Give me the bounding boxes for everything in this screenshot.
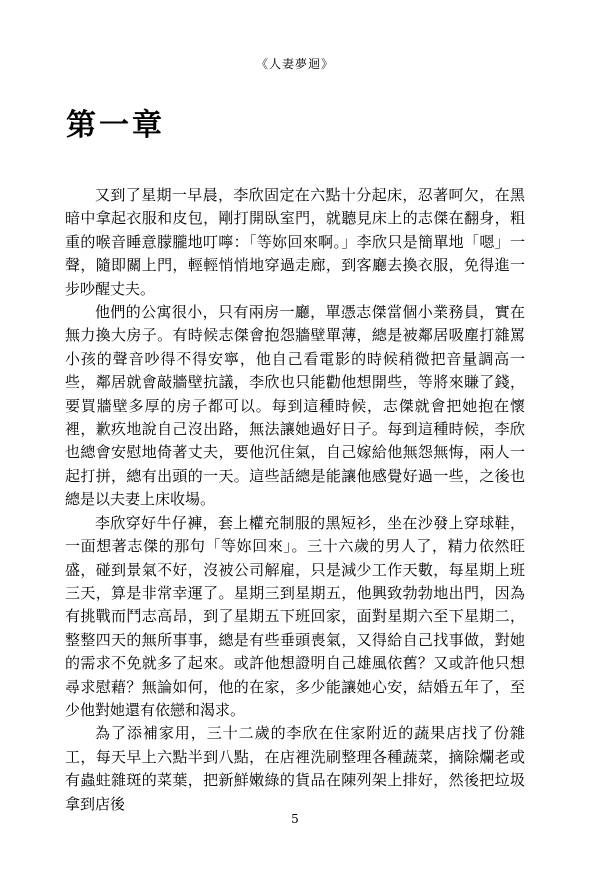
page-number: 5 bbox=[0, 812, 590, 826]
document-page: 《人妻夢迴》 第一章 又到了星期一早晨，李欣固定在六點十分起床，忍著呵欠，在黑暗… bbox=[0, 0, 590, 886]
book-title: 《人妻夢迴》 bbox=[0, 55, 590, 72]
chapter-title: 第一章 bbox=[66, 100, 165, 144]
paragraph: 李欣穿好牛仔褲，套上權充制服的黑短衫，坐在沙發上穿球鞋，一面想著志傑的那句「等妳… bbox=[65, 512, 525, 723]
paragraph: 為了添補家用，三十二歲的李欣在住家附近的蔬果店找了份雜工，每天早上六點半到八點，… bbox=[65, 722, 525, 816]
paragraph: 他們的公寓很小，只有兩房一廳，單憑志傑當個小業務員，實在無力換大房子。有時候志傑… bbox=[65, 301, 525, 512]
body-text: 又到了星期一早晨，李欣固定在六點十分起床，忍著呵欠，在黑暗中拿起衣服和皮包，剛打… bbox=[65, 184, 525, 816]
paragraph: 又到了星期一早晨，李欣固定在六點十分起床，忍著呵欠，在黑暗中拿起衣服和皮包，剛打… bbox=[65, 184, 525, 301]
